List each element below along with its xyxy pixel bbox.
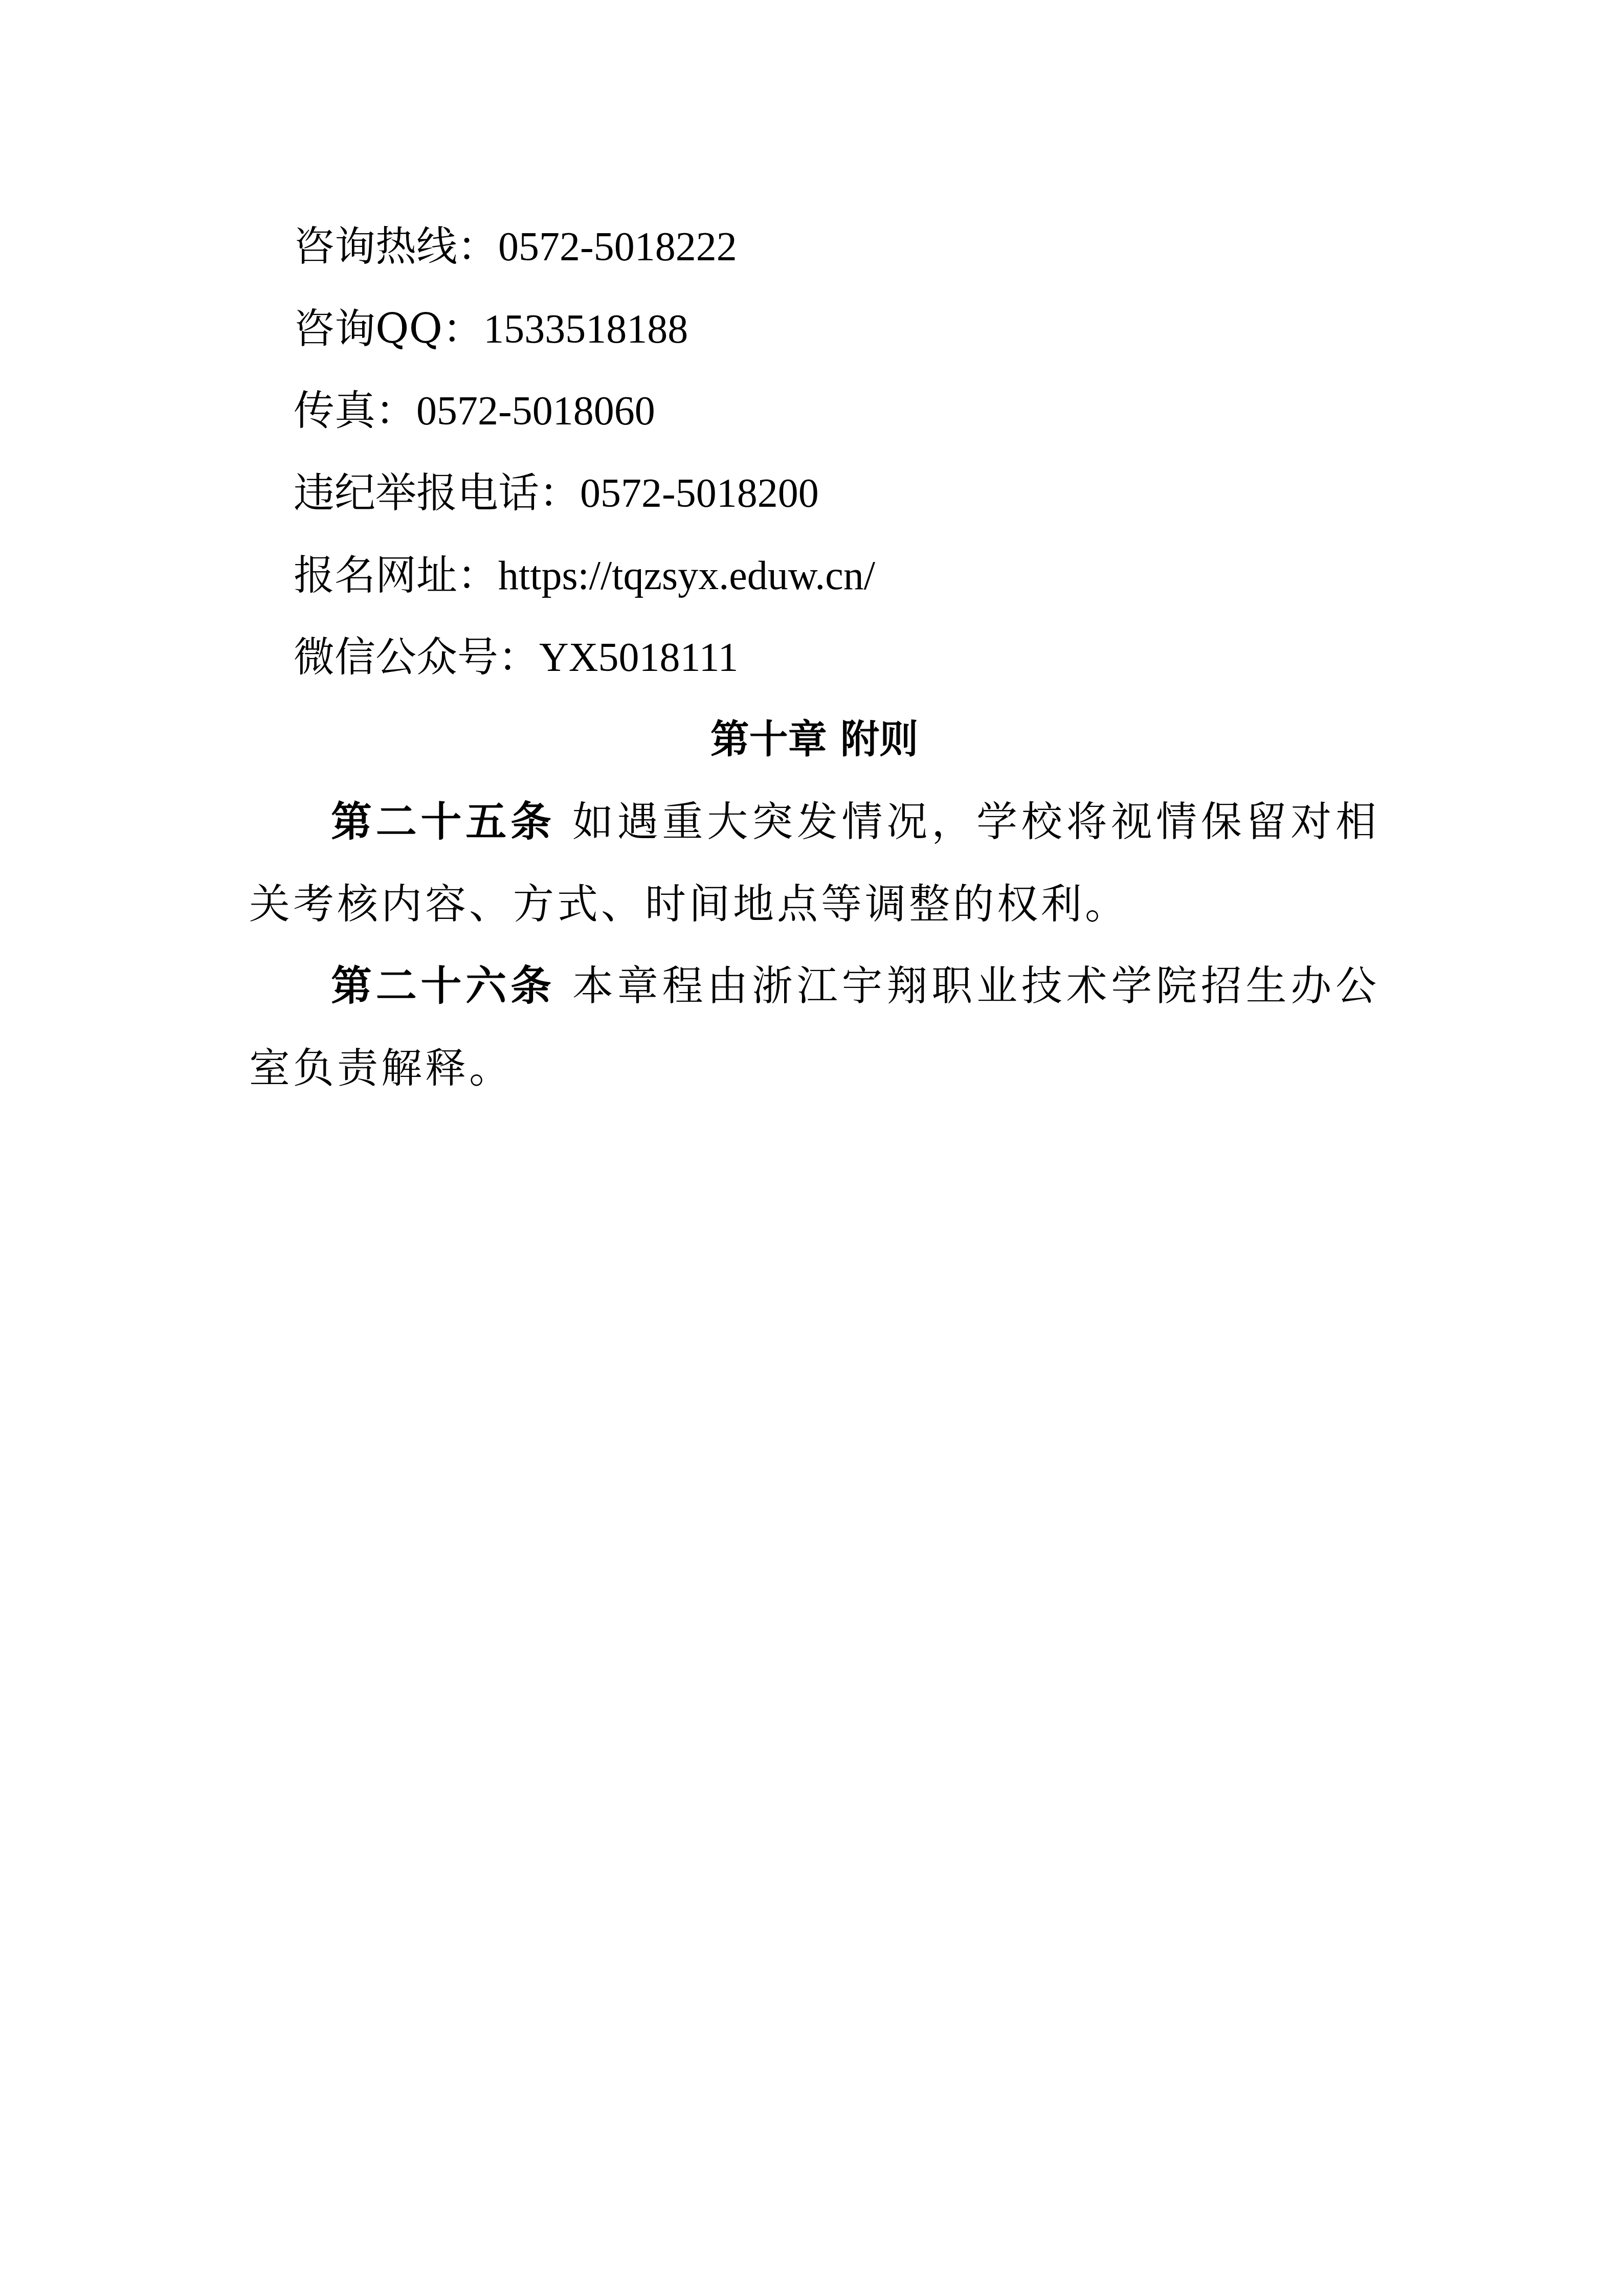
article-26: 第二十六条 本章程由浙江宇翔职业技术学院招生办公室负责解释。 [249, 945, 1380, 1109]
website-link[interactable]: https://tqzsyx.eduw.cn/ [498, 553, 875, 598]
article-number: 第二十五条 [331, 798, 555, 845]
contact-value: 0572-5018222 [498, 224, 737, 269]
contact-wechat: 微信公众号：YX5018111 [249, 616, 1380, 699]
article-number: 第二十六条 [331, 962, 555, 1009]
contact-hotline: 咨询热线：0572-5018222 [249, 206, 1380, 288]
contact-label: 咨询热线： [294, 222, 498, 270]
contact-label: 违纪举报电话： [294, 469, 580, 516]
contact-value: 1533518188 [483, 307, 688, 352]
contact-value: 0572-5018060 [416, 389, 655, 434]
contact-label: 咨询QQ： [294, 305, 483, 352]
page-content: 咨询热线：0572-5018222 咨询QQ：1533518188 传真：057… [249, 206, 1380, 1110]
document-page: 咨询热线：0572-5018222 咨询QQ：1533518188 传真：057… [0, 0, 1624, 2296]
contact-qq: 咨询QQ：1533518188 [249, 288, 1380, 370]
contact-label: 传真： [294, 387, 416, 434]
contact-website: 报名网址：https://tqzsyx.eduw.cn/ [249, 534, 1380, 617]
article-25: 第二十五条 如遇重大突发情况，学校将视情保留对相关考核内容、方式、时间地点等调整… [249, 781, 1380, 945]
contact-value: YX5018111 [539, 635, 739, 680]
contact-fax: 传真：0572-5018060 [249, 370, 1380, 452]
contact-report-phone: 违纪举报电话：0572-5018200 [249, 452, 1380, 534]
contact-value: 0572-5018200 [580, 471, 819, 516]
contact-label: 报名网址： [294, 551, 498, 599]
chapter-heading: 第十章 附则 [249, 699, 1380, 781]
contact-label: 微信公众号： [294, 633, 539, 681]
